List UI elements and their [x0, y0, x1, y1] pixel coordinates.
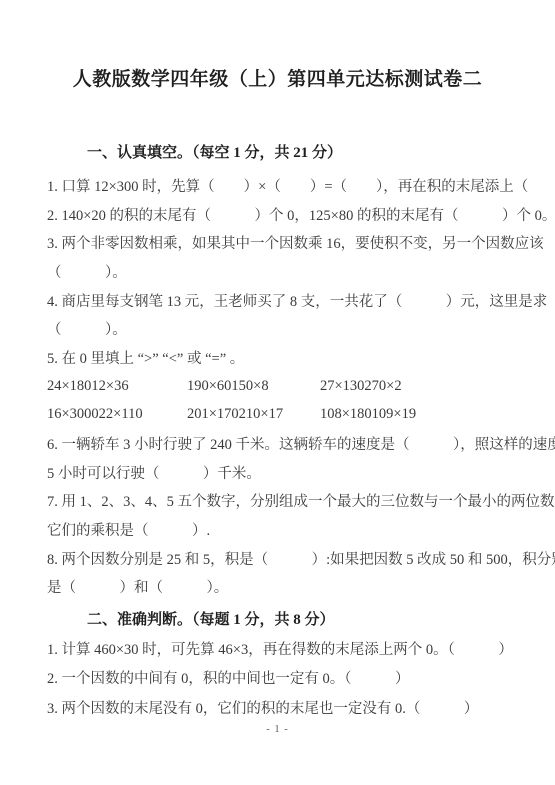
- expression: 190×60150×8: [187, 378, 320, 395]
- question-5: 5. 在 0 里填上 “>” “<” 或 “=” 。: [47, 343, 517, 372]
- section-2-heading: 二、准确判断。（每题 1 分，共 8 分）: [47, 609, 517, 631]
- judgment-1: 1. 计算 460×30 时，可先算 46×3，再在得数的末尾添上两个 0。（ …: [47, 633, 517, 663]
- expression: 24×18012×36: [47, 378, 187, 395]
- question-5-expression-row-1: 24×18012×36 190×60150×8 27×130270×2: [47, 372, 517, 401]
- section-2-questions: 1. 计算 460×30 时，可先算 46×3，再在得数的末尾添上两个 0。（ …: [47, 633, 517, 722]
- test-paper-page: 人教版数学四年级（上）第四单元达标测试卷二 一、认真填空。（每空 1 分，共 2…: [0, 0, 555, 785]
- question-7-line-1: 7. 用 1、2、3、4、5 五个数字，分别组成一个最大的三位数与一个最小的两位…: [47, 487, 517, 516]
- question-6-line-2: 5 小时可以行驶（ ）千米。: [47, 458, 517, 487]
- question-3-line-2: （ ）。: [47, 257, 517, 286]
- page-number: - 1 -: [0, 724, 555, 735]
- expression: 201×170210×17: [187, 406, 320, 423]
- section-1-questions: 1. 口算 12×300 时，先算（ ）×（ ）=（ ），再在积的末尾添上（ ）…: [47, 171, 517, 601]
- paper-content: 一、认真填空。（每空 1 分，共 21 分） 1. 口算 12×300 时，先算…: [0, 141, 555, 722]
- judgment-2: 2. 一个因数的中间有 0，积的中间也一定有 0。（ ）: [47, 663, 517, 693]
- question-2: 2. 140×20 的积的末尾有（ ）个 0，125×80 的积的末尾有（ ）个…: [47, 200, 517, 229]
- question-7-line-2: 它们的乘积是（ ）.: [47, 515, 517, 544]
- question-4-line-2: （ ）。: [47, 314, 517, 343]
- question-1: 1. 口算 12×300 时，先算（ ）×（ ）=（ ），再在积的末尾添上（ ）…: [47, 171, 517, 200]
- question-5-expression-row-2: 16×300022×110 201×170210×17 108×180109×1…: [47, 401, 517, 430]
- page-title: 人教版数学四年级（上）第四单元达标测试卷二: [0, 0, 555, 91]
- question-6-line-1: 6. 一辆轿车 3 小时行驶了 240 千米。这辆轿车的速度是（ ），照这样的速…: [47, 429, 517, 458]
- section-1-heading: 一、认真填空。（每空 1 分，共 21 分）: [47, 141, 517, 165]
- judgment-3: 3. 两个因数的末尾没有 0，它们的积的末尾也一定没有 0.（ ）: [47, 692, 517, 722]
- expression: 16×300022×110: [47, 406, 187, 423]
- expression: 27×130270×2: [320, 378, 517, 395]
- question-8-line-1: 8. 两个因数分别是 25 和 5，积是（ ）:如果把因数 5 改成 50 和 …: [47, 544, 517, 573]
- question-4-line-1: 4. 商店里每支钢笔 13 元，王老师买了 8 支，一共花了（ ）元，这里是求: [47, 286, 517, 315]
- question-8-line-2: 是（ ）和（ ）。: [47, 573, 517, 602]
- expression: 108×180109×19: [320, 406, 517, 423]
- question-3-line-1: 3. 两个非零因数相乘，如果其中一个因数乘 16，要使积不变，另一个因数应该: [47, 228, 517, 257]
